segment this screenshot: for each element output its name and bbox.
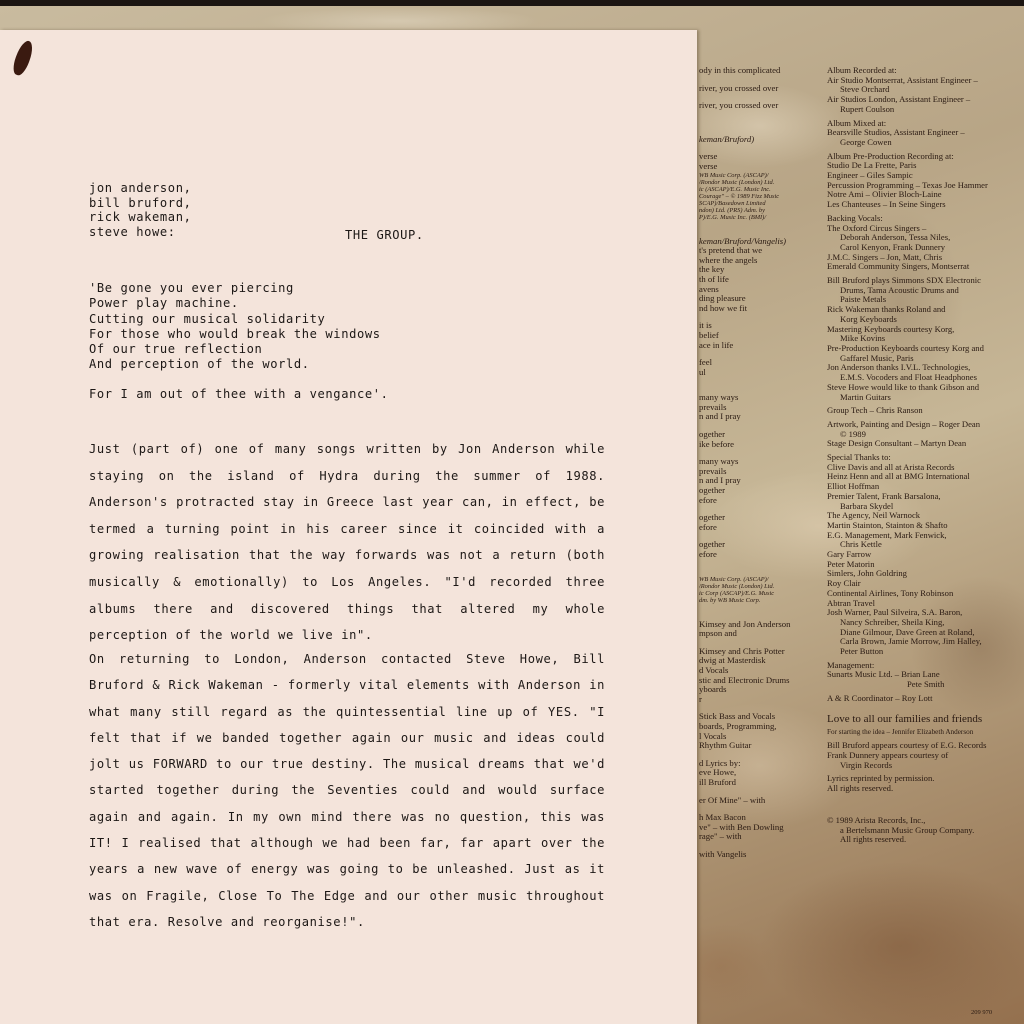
partial-line: /Rondor Music (London) Ltd. [699,583,819,590]
partial-line: keman/Bruford) [699,135,819,145]
partial-line [699,119,819,127]
typed-sheet: jon anderson, bill bruford, rick wakeman… [0,30,697,1024]
partial-line: ogether [699,513,819,523]
partial-line: SCAP)/Basedown Limited [699,200,819,207]
lyric-line: 'Be gone you ever piercing [89,281,388,296]
credit-line: Les Chanteuses – In Seine Singers [827,200,1017,210]
partial-line [699,604,819,612]
member-name: jon anderson, [89,181,191,196]
partial-line [699,221,819,229]
partial-line: ndon) Ltd. (PRS) Adm. by [699,207,819,214]
credit-block: Group Tech – Chris Ranson [827,406,1017,416]
member-name: bill bruford, [89,196,191,211]
starting-idea-line: For starting the idea – Jennifer Elizabe… [827,728,1017,738]
partial-line: dm. by WB Music Corp. [699,597,819,604]
credit-block: Backing Vocals:The Oxford Circus Singers… [827,214,1017,272]
partial-line: yboards [699,685,819,695]
partial-line: ic Corp (ASCAP)/E.G. Music [699,590,819,597]
credit-block: Artwork, Painting and Design – Roger Dea… [827,420,1017,449]
partial-line: ody in this complicated [699,66,819,76]
partial-line: WB Music Corp. (ASCAP)/ [699,172,819,179]
lyric-line: For I am out of thee with a vengance'. [89,387,388,402]
credit-block: Album Recorded at:Air Studio Montserrat,… [827,66,1017,115]
partial-line: ogether [699,540,819,550]
partial-line: efore [699,523,819,533]
member-names: jon anderson, bill bruford, rick wakeman… [89,181,191,239]
partial-line [699,560,819,568]
partial-line: n and I pray [699,412,819,422]
credit-block: Management:Sunarts Music Ltd. – Brian La… [827,661,1017,690]
member-name: steve howe: [89,225,191,240]
partial-line: ogether [699,486,819,496]
credit-line: Group Tech – Chris Ranson [827,406,1017,416]
lyric-line: Of our true reflection [89,342,388,357]
member-name: rick wakeman, [89,210,191,225]
credit-block: Special Thanks to:Clive Davis and all at… [827,453,1017,657]
paragraph-1: Just (part of) one of many songs written… [89,436,605,649]
partial-line: verse [699,152,819,162]
partial-line: P)/E.G. Music Inc. (BMI)/ [699,214,819,221]
partial-line [699,568,819,576]
partial-line: mpson and [699,629,819,639]
lyric-line: For those who would break the windows [89,327,388,342]
credit-block: A & R Coordinator – Roy Lott [827,694,1017,704]
partial-line: with Vangelis [699,850,819,860]
permission-line: All rights reserved. [827,784,1017,794]
partial-line: feel [699,358,819,368]
ink-blot [10,39,35,78]
credit-line: Stage Design Consultant – Martyn Dean [827,439,1017,449]
lyrics-quote: 'Be gone you ever piercing Power play ma… [89,281,388,402]
partial-line: ill Bruford [699,778,819,788]
credit-line: Martin Guitars [827,393,1017,403]
paragraph-2: On returning to London, Anderson contact… [89,646,605,935]
credit-block: Album Mixed at:Bearsville Studios, Assis… [827,119,1017,148]
partial-line: river, you crossed over [699,101,819,111]
partial-line [699,350,819,358]
lyric-line: And perception of the world. [89,357,388,372]
partial-line: ike before [699,440,819,450]
credit-block: Album Pre-Production Recording at:Studio… [827,152,1017,210]
credit-line: George Cowen [827,138,1017,148]
copyright-line: All rights reserved. [827,835,1017,845]
lyric-line: Power play machine. [89,296,388,311]
partial-line: WB Music Corp. (ASCAP)/ [699,576,819,583]
credit-line: A & R Coordinator – Roy Lott [827,694,1017,704]
credits-column: Album Recorded at:Air Studio Montserrat,… [827,66,1017,845]
credit-line: Peter Button [827,647,1017,657]
partial-line: r [699,695,819,705]
partial-line: Rhythm Guitar [699,741,819,751]
credit-line: Emerald Community Singers, Montserrat [827,262,1017,272]
partial-line: er Of Mine" – with [699,796,819,806]
credit-block: Bill Bruford plays Simmons SDX Electroni… [827,276,1017,402]
partial-line: Courage" – © 1989 Fizz Music [699,193,819,200]
partial-line: /Rondor Music (London) Ltd. [699,179,819,186]
partial-line: verse [699,162,819,172]
partial-line: ul [699,368,819,378]
partial-line [699,111,819,119]
courtesy-line: Virgin Records [827,761,1017,771]
partial-line [699,144,819,152]
partial-line: river, you crossed over [699,84,819,94]
partial-lyrics-column: ody in this complicatedriver, you crosse… [699,66,819,859]
partial-line [699,377,819,385]
credit-line: Pete Smith [827,680,1017,690]
sheet-title: THE GROUP. [345,228,424,242]
credit-line: Rupert Coulson [827,105,1017,115]
partial-line [699,313,819,321]
partial-line: ic (ASCAP)/E.G. Music Inc. [699,186,819,193]
partial-line: efore [699,496,819,506]
partial-line: ace in life [699,341,819,351]
love-line: Love to all our families and friends [827,712,1017,726]
partial-line: efore [699,550,819,560]
partial-line: rage" – with [699,832,819,842]
catalog-number: 209 970 [971,1009,992,1016]
lyric-line: Cutting our musical solidarity [89,312,388,327]
partial-line: nd how we fit [699,304,819,314]
